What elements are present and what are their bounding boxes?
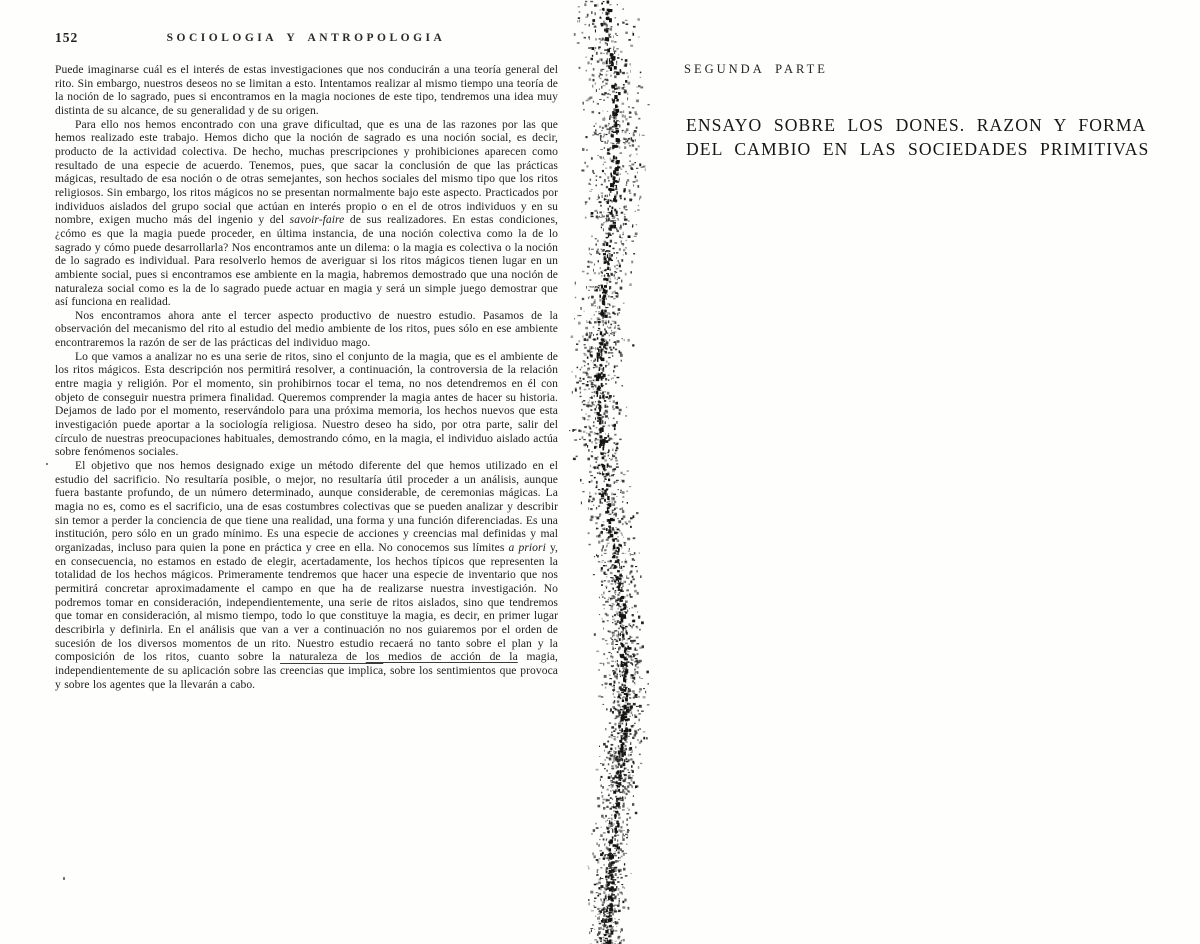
book-title-line-1: ENSAYO SOBRE LOS DONES. RAZON Y FORMA <box>686 114 1162 138</box>
book-title: ENSAYO SOBRE LOS DONES. RAZON Y FORMA DE… <box>686 114 1162 161</box>
page-body: Puede imaginarse cuál es el interés de e… <box>55 63 558 691</box>
paragraph: Puede imaginarse cuál es el interés de e… <box>55 63 558 118</box>
part-label: SEGUNDA PARTE <box>684 62 828 77</box>
right-page: SEGUNDA PARTE ENSAYO SOBRE LOS DONES. RA… <box>660 0 1200 944</box>
paragraph: El objetivo que nos hemos designado exig… <box>55 459 558 691</box>
left-page: 152 SOCIOLOGIA Y ANTROPOLOGIA Puede imag… <box>0 0 565 944</box>
margin-dot <box>46 463 48 465</box>
paragraph: Lo que vamos a analizar no es una serie … <box>55 350 558 459</box>
book-scan: 152 SOCIOLOGIA Y ANTROPOLOGIA Puede imag… <box>0 0 1200 944</box>
running-head: SOCIOLOGIA Y ANTROPOLOGIA <box>55 32 557 44</box>
left-page-header: 152 SOCIOLOGIA Y ANTROPOLOGIA <box>55 30 557 48</box>
book-title-line-2: DEL CAMBIO EN LAS SOCIEDADES PRIMITIVAS <box>686 138 1162 162</box>
paragraph: Nos encontramos ahora ante el tercer asp… <box>55 309 558 350</box>
pencil-dot <box>63 877 65 880</box>
paragraph: Para ello nos hemos encontrado con una g… <box>55 118 558 309</box>
